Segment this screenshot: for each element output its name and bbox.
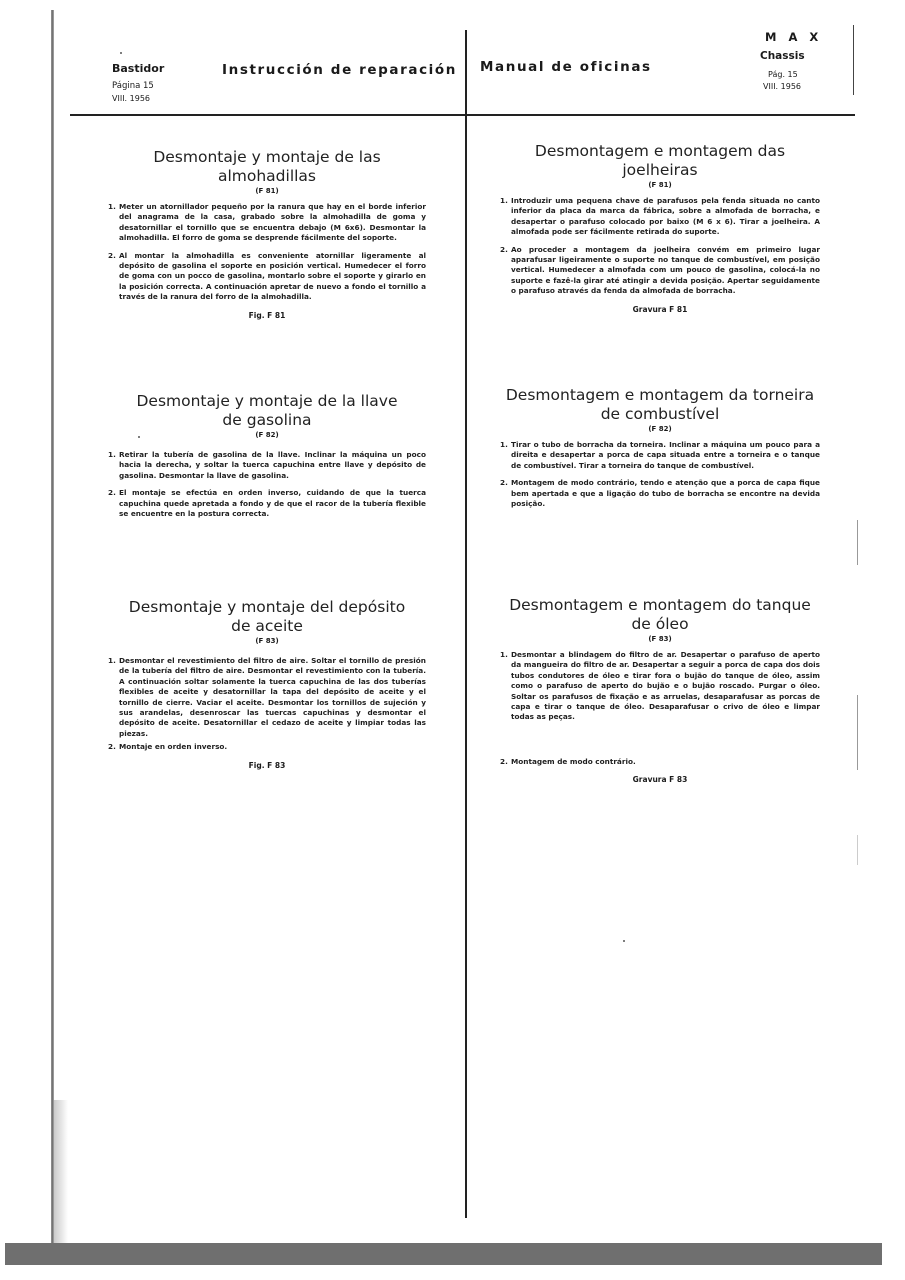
section-title: Desmontagem e montagem das joelheiras (500, 142, 820, 180)
step-item: 2.Montaje en orden inverso. (108, 742, 426, 752)
header-page-pt: Pág. 15 (768, 70, 798, 79)
header-title-es: Instrucción de reparación (222, 62, 457, 78)
header-title-pt: Manual de oficinas (480, 59, 652, 75)
step-item: 2.Ao proceder a montagem da joelheira co… (500, 245, 820, 297)
step-number: 2. (108, 488, 116, 498)
speck (120, 52, 122, 54)
step-list: 1.Desmontar el revestimiento del filtro … (108, 656, 426, 753)
step-text: Al montar la almohadilla es conveniente … (119, 251, 426, 302)
step-number: 2. (500, 757, 508, 767)
page-binding-edge (51, 10, 54, 1250)
step-list: 1.Introduzir uma pequena chave de parafu… (500, 196, 820, 297)
section-title: Desmontaje y montaje de la llave de gaso… (128, 392, 406, 430)
step-item: 2.El montaje se efectúa en orden inverso… (108, 488, 426, 519)
step-item: 1.Introduzir uma pequena chave de parafu… (500, 196, 820, 238)
step-number: 2. (500, 245, 508, 255)
step-number: 1. (108, 656, 116, 666)
column-divider (465, 30, 467, 1218)
step-item: 1.Retirar la tubería de gasolina de la l… (108, 450, 426, 481)
step-item: 1.Meter un atornillador pequeño por la r… (108, 202, 426, 244)
step-text: Introduzir uma pequena chave de parafuso… (511, 196, 820, 236)
section-title: Desmontagem e montagem do tanque de óleo (500, 596, 820, 634)
step-item: 2.Montagem de modo contrário. (500, 757, 820, 767)
step-item: 1.Desmontar el revestimiento del filtro … (108, 656, 426, 739)
section-title: Desmontaje y montaje del depósito de ace… (128, 598, 406, 636)
step-item: 1.Tirar o tubo de borracha da torneira. … (500, 440, 820, 471)
header-right-rule (853, 25, 854, 95)
step-number: 1. (108, 450, 116, 460)
step-text: Montagem de modo contrário. (511, 757, 636, 766)
scan-bottom-band (5, 1243, 882, 1265)
section-ref: (F 81) (500, 181, 820, 189)
header-section-pt: Chassis (760, 50, 805, 62)
step-list: 1.Retirar la tubería de gasolina de la l… (108, 450, 426, 519)
section-ref: (F 83) (128, 637, 406, 645)
step-item: 1.Desmontar a blindagem do filtro de ar.… (500, 650, 820, 723)
section-ref: (F 82) (500, 425, 820, 433)
header-page-es: Página 15 (112, 81, 154, 91)
header-date-pt: VIII. 1956 (763, 82, 801, 91)
section-deposito-aceite-steps: 1.Desmontar el revestimiento del filtro … (108, 656, 426, 770)
header-rule (70, 114, 855, 116)
step-text: Desmontar a blindagem do filtro de ar. D… (511, 650, 820, 721)
header-brand: M A X (765, 30, 822, 44)
step-number: 2. (108, 742, 116, 752)
step-list: 1.Meter un atornillador pequeño por la r… (108, 202, 426, 303)
margin-mark (857, 835, 858, 865)
header-date-es: VIII. 1956 (112, 94, 150, 103)
section-ref: (F 83) (500, 635, 820, 643)
section-llave-gasolina: Desmontaje y montaje de la llave de gaso… (108, 392, 426, 446)
figure-caption: Fig. F 83 (108, 761, 426, 770)
step-item: 2.Al montar la almohadilla es convenient… (108, 251, 426, 303)
step-number: 1. (500, 196, 508, 206)
binding-shadow (54, 1100, 68, 1250)
header-section-es: Bastidor (112, 62, 164, 75)
margin-mark (857, 520, 858, 565)
section-deposito-aceite: Desmontaje y montaje del depósito de ace… (108, 598, 426, 652)
figure-caption: Gravura F 81 (500, 305, 820, 314)
section-ref: (F 82) (128, 431, 406, 439)
section-almohadillas: Desmontaje y montaje de las almohadillas… (108, 148, 426, 320)
step-text: El montaje se efectúa en orden inverso, … (119, 488, 426, 518)
section-ref: (F 81) (108, 187, 426, 195)
step-list: 1.Desmontar a blindagem do filtro de ar.… (500, 650, 820, 767)
step-text: Meter un atornillador pequeño por la ran… (119, 202, 426, 242)
step-number: 2. (108, 251, 116, 261)
step-item: 2.Montagem de modo contrário, tendo e at… (500, 478, 820, 509)
section-title: Desmontagem e montagem da torneira de co… (500, 386, 820, 424)
step-text: Tirar o tubo de borracha da torneira. In… (511, 440, 820, 470)
section-llave-gasolina-steps: 1.Retirar la tubería de gasolina de la l… (108, 450, 426, 526)
step-text: Montagem de modo contrário, tendo e aten… (511, 478, 820, 508)
speck (623, 940, 625, 942)
step-text: Desmontar el revestimiento del filtro de… (119, 656, 426, 738)
margin-mark (857, 695, 858, 770)
section-torneira: Desmontagem e montagem da torneira de co… (500, 386, 820, 516)
step-number: 1. (500, 440, 508, 450)
step-list: 1.Tirar o tubo de borracha da torneira. … (500, 440, 820, 509)
section-joelheiras: Desmontagem e montagem das joelheiras (F… (500, 142, 820, 314)
section-tanque-oleo: Desmontagem e montagem do tanque de óleo… (500, 596, 820, 784)
section-title: Desmontaje y montaje de las almohadillas (108, 148, 426, 186)
figure-caption: Fig. F 81 (108, 311, 426, 320)
step-text: Montaje en orden inverso. (119, 742, 227, 751)
step-number: 2. (500, 478, 508, 488)
step-text: Ao proceder a montagem da joelheira conv… (511, 245, 820, 296)
step-number: 1. (500, 650, 508, 660)
figure-caption: Gravura F 83 (500, 775, 820, 784)
step-text: Retirar la tubería de gasolina de la lla… (119, 450, 426, 480)
step-number: 1. (108, 202, 116, 212)
